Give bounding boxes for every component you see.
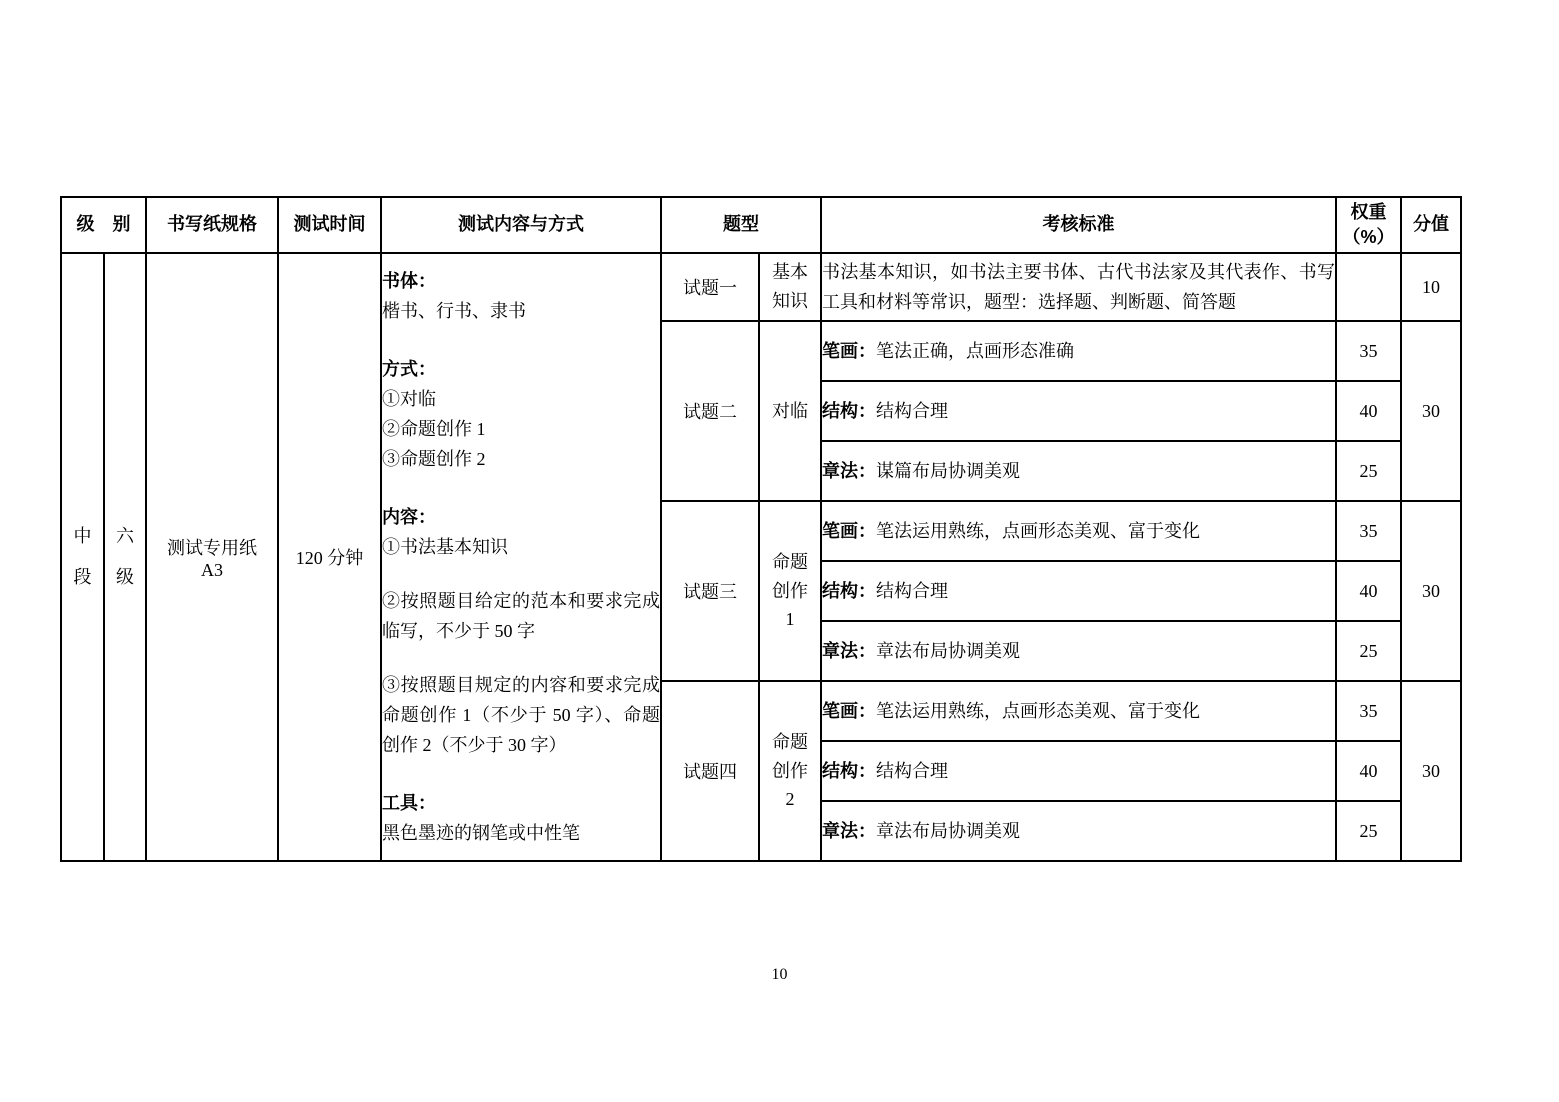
question-type: 命题 创作 1	[759, 501, 821, 681]
method-items: ①对临 ②命题创作 1 ③命题创作 2	[382, 384, 660, 474]
criteria-category-label: 结构：	[822, 401, 876, 421]
header-test-content: 测试内容与方式	[381, 197, 661, 253]
content-item-1: ①书法基本知识	[382, 532, 660, 562]
score-value: 30	[1401, 681, 1461, 861]
weight-value: 40	[1336, 381, 1401, 441]
question-label: 试题二	[661, 321, 759, 501]
test-time-cell: 120 分钟	[278, 253, 381, 861]
criteria-text: 笔画：笔法正确，点画形态准确	[821, 321, 1336, 381]
weight-value: 35	[1336, 501, 1401, 561]
table-row: 中 段 六 级 测试专用纸 A3 120 分钟 书体： 楷书、行书、隶书 方式：…	[61, 253, 1461, 321]
weight-value: 35	[1336, 681, 1401, 741]
content-label: 内容：	[382, 502, 660, 532]
criteria-text: 结构：结构合理	[821, 741, 1336, 801]
test-content-cell: 书体： 楷书、行书、隶书 方式： ①对临 ②命题创作 1 ③命题创作 2 内容：…	[381, 253, 661, 861]
criteria-text: 结构：结构合理	[821, 381, 1336, 441]
score-value: 30	[1401, 501, 1461, 681]
level-stage-cell: 中 段	[61, 253, 104, 861]
criteria-text: 章法：谋篇布局协调美观	[821, 441, 1336, 501]
document-page: { "page": { "number": "10" }, "colors": …	[0, 0, 1559, 1102]
header-weight: 权重 （%）	[1336, 197, 1401, 253]
question-type: 基本 知识	[759, 253, 821, 321]
weight-value	[1336, 253, 1401, 321]
paper-spec-cell: 测试专用纸 A3	[146, 253, 278, 861]
level-grade-cell: 六 级	[104, 253, 146, 861]
score-value: 10	[1401, 253, 1461, 321]
content-item-3: ③按照题目规定的内容和要求完成命题创作 1（不少于 50 字）、命题创作 2（不…	[382, 670, 660, 760]
header-score: 分值	[1401, 197, 1461, 253]
criteria-category-label: 结构：	[822, 581, 876, 601]
criteria-category-label: 笔画：	[822, 521, 876, 541]
page-number: 10	[0, 966, 1559, 984]
question-label: 试题三	[661, 501, 759, 681]
criteria-text: 笔画：笔法运用熟练，点画形态美观、富于变化	[821, 501, 1336, 561]
criteria-category-label: 章法：	[822, 641, 876, 661]
question-type: 对临	[759, 321, 821, 501]
tool-label: 工具：	[382, 788, 660, 818]
criteria-category-label: 章法：	[822, 821, 876, 841]
criteria-description: 结构合理	[876, 581, 948, 601]
criteria-description: 结构合理	[876, 761, 948, 781]
table-header-row: 级 别 书写纸规格 测试时间 测试内容与方式 题型 考核标准 权重 （%） 分值	[61, 197, 1461, 253]
header-criteria: 考核标准	[821, 197, 1336, 253]
weight-value: 40	[1336, 741, 1401, 801]
criteria-description: 章法布局协调美观	[876, 821, 1020, 841]
criteria-description: 谋篇布局协调美观	[876, 461, 1020, 481]
weight-value: 25	[1336, 441, 1401, 501]
score-value: 30	[1401, 321, 1461, 501]
criteria-text: 书法基本知识，如书法主要书体、古代书法家及其代表作、书写工具和材料等常识，题型：…	[821, 253, 1336, 321]
criteria-description: 结构合理	[876, 401, 948, 421]
criteria-category-label: 笔画：	[822, 701, 876, 721]
method-label: 方式：	[382, 354, 660, 384]
question-label: 试题一	[661, 253, 759, 321]
criteria-description: 笔法运用熟练，点画形态美观、富于变化	[876, 701, 1200, 721]
criteria-text: 结构：结构合理	[821, 561, 1336, 621]
criteria-description: 笔法运用熟练，点画形态美观、富于变化	[876, 521, 1200, 541]
style-value: 楷书、行书、隶书	[382, 296, 660, 326]
weight-value: 25	[1336, 621, 1401, 681]
weight-value: 40	[1336, 561, 1401, 621]
criteria-text: 章法：章法布局协调美观	[821, 621, 1336, 681]
weight-value: 25	[1336, 801, 1401, 861]
header-level: 级 别	[61, 197, 146, 253]
weight-value: 35	[1336, 321, 1401, 381]
content-item-2: ②按照题目给定的范本和要求完成临写，不少于 50 字	[382, 586, 660, 646]
criteria-text: 笔画：笔法运用熟练，点画形态美观、富于变化	[821, 681, 1336, 741]
header-paper-spec: 书写纸规格	[146, 197, 278, 253]
header-question-type: 题型	[661, 197, 821, 253]
question-type: 命题 创作 2	[759, 681, 821, 861]
criteria-text: 章法：章法布局协调美观	[821, 801, 1336, 861]
criteria-category-label: 结构：	[822, 761, 876, 781]
tool-value: 黑色墨迹的钢笔或中性笔	[382, 818, 660, 848]
header-test-time: 测试时间	[278, 197, 381, 253]
criteria-category-label: 笔画：	[822, 341, 876, 361]
criteria-description: 笔法正确，点画形态准确	[876, 341, 1074, 361]
grading-spec-table: 级 别 书写纸规格 测试时间 测试内容与方式 题型 考核标准 权重 （%） 分值…	[60, 196, 1462, 862]
style-label: 书体：	[382, 266, 660, 296]
criteria-category-label: 章法：	[822, 461, 876, 481]
criteria-description: 章法布局协调美观	[876, 641, 1020, 661]
question-label: 试题四	[661, 681, 759, 861]
